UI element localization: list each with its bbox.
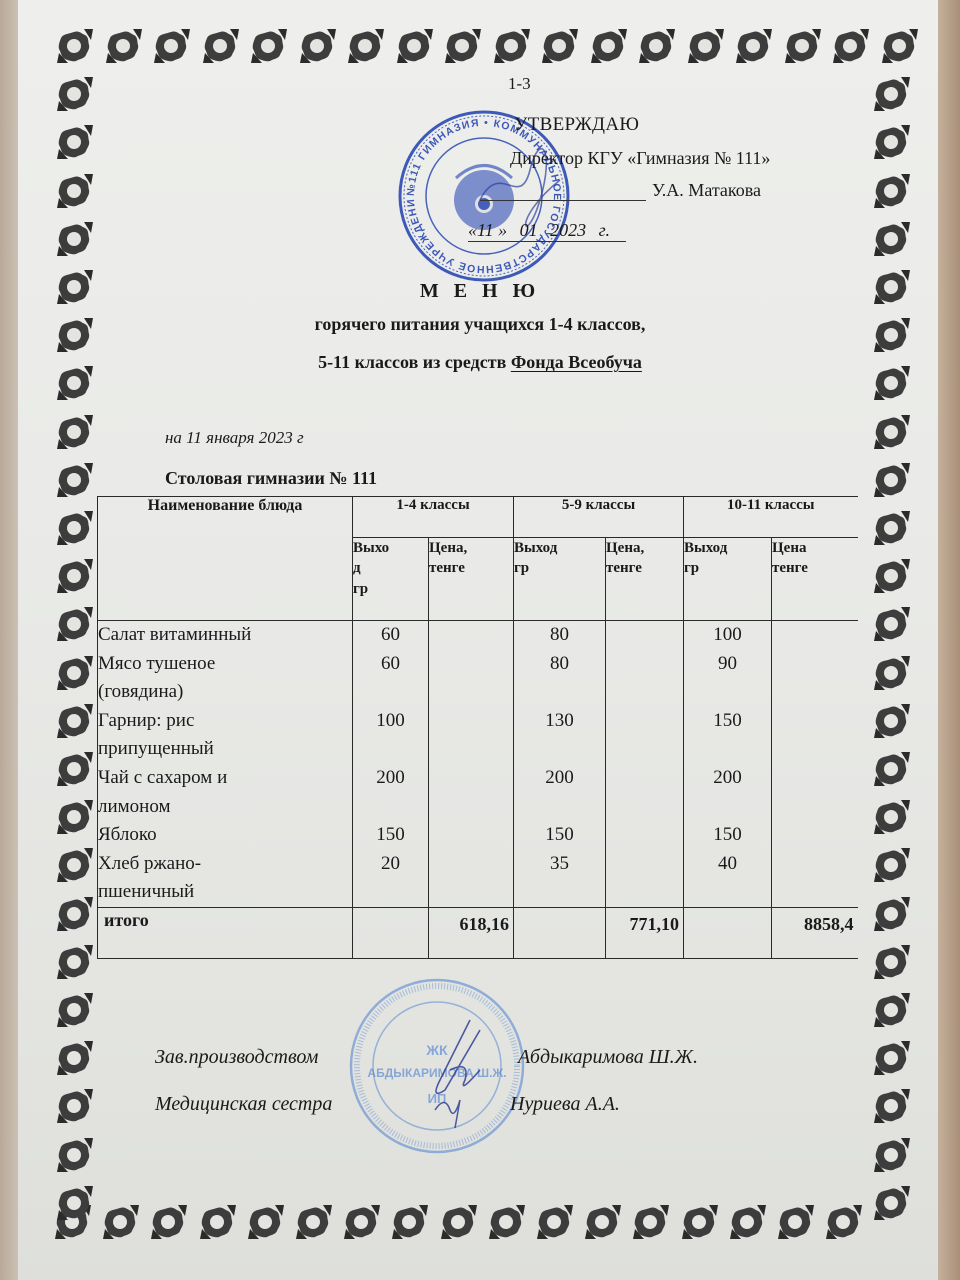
ornament-icon bbox=[248, 26, 288, 66]
ornament-icon bbox=[100, 1202, 140, 1242]
approver-name: У.А. Матакова bbox=[652, 180, 761, 200]
ornament-icon bbox=[54, 171, 94, 211]
approval-date: «11 » 01 2023 г. bbox=[468, 220, 626, 242]
yield-1-4-cell: 606010020015020 bbox=[353, 621, 429, 908]
dish-name: пшеничный bbox=[98, 878, 352, 907]
total-label: итого bbox=[98, 907, 353, 958]
yield-value: 80 bbox=[514, 621, 605, 650]
dish-name: Хлеб ржано- bbox=[98, 850, 352, 879]
ornament-icon bbox=[871, 604, 911, 644]
canteen-name: Столовая гимназии № 111 bbox=[165, 468, 377, 489]
table-row-items: Салат витаминныйМясо тушеное(говядина)Га… bbox=[98, 621, 858, 908]
ornament-icon bbox=[830, 26, 870, 66]
ornament-icon bbox=[345, 26, 385, 66]
ornament-icon bbox=[200, 26, 240, 66]
yield-value: 200 bbox=[684, 764, 771, 793]
document-title: М Е Н Ю bbox=[0, 280, 960, 303]
dish-name: Чай с сахаром и bbox=[98, 764, 352, 793]
ornament-icon bbox=[879, 26, 919, 66]
dish-names-cell: Салат витаминныйМясо тушеное(говядина)Га… bbox=[98, 621, 353, 908]
ornament-icon bbox=[871, 122, 911, 162]
menu-table: Наименование блюда 1-4 классы 5-9 классы… bbox=[97, 496, 858, 959]
ornament-icon bbox=[636, 26, 676, 66]
yield-value: 200 bbox=[353, 764, 428, 793]
signature-name-production: Абдыкаримова Ш.Ж. bbox=[518, 1046, 698, 1069]
total-yield-10-11 bbox=[684, 907, 772, 958]
ornament-icon bbox=[54, 508, 94, 548]
ornament-icon bbox=[871, 1086, 911, 1126]
ornament-icon bbox=[54, 412, 94, 452]
ornament-icon bbox=[871, 1135, 911, 1175]
dish-name: Салат витаминный bbox=[98, 621, 352, 650]
ornament-icon bbox=[54, 122, 94, 162]
ornament-icon bbox=[438, 1202, 478, 1242]
yield-value: 150 bbox=[514, 821, 605, 850]
ornament-icon bbox=[54, 460, 94, 500]
yield-value: 100 bbox=[684, 621, 771, 650]
ornament-icon bbox=[871, 942, 911, 982]
ornament-icon bbox=[871, 701, 911, 741]
document-subtitle-line1: горячего питания учащихся 1-4 классов, bbox=[0, 314, 960, 335]
yield-value: 35 bbox=[514, 850, 605, 879]
header-group-1-4: 1-4 классы bbox=[353, 497, 514, 538]
dish-name: припущенный bbox=[98, 735, 352, 764]
page-reference: 1-3 bbox=[508, 74, 531, 94]
total-yield-1-4 bbox=[353, 907, 429, 958]
ornament-icon bbox=[733, 26, 773, 66]
header-price-1-4: Цена,тенге bbox=[429, 538, 514, 621]
signature-role-nurse: Медицинская сестра bbox=[155, 1093, 332, 1116]
yield-5-9-cell: 808013020015035 bbox=[514, 621, 606, 908]
ornament-icon bbox=[539, 26, 579, 66]
approver-position: Директор КГУ «Гимназия № 111» bbox=[510, 148, 770, 169]
ornament-icon bbox=[871, 508, 911, 548]
ornament-icon bbox=[54, 749, 94, 789]
ornament-icon bbox=[54, 1086, 94, 1126]
ornament-icon bbox=[245, 1202, 285, 1242]
ornament-icon bbox=[871, 990, 911, 1030]
ornament-icon bbox=[54, 990, 94, 1030]
total-yield-5-9 bbox=[514, 907, 606, 958]
approval-label: УТВЕРЖДАЮ bbox=[514, 114, 639, 136]
ornament-icon bbox=[54, 556, 94, 596]
ornament-icon bbox=[871, 894, 911, 934]
ornament-icon bbox=[197, 1202, 237, 1242]
ornament-icon bbox=[297, 26, 337, 66]
ornament-icon bbox=[54, 74, 94, 114]
ornament-icon bbox=[54, 845, 94, 885]
total-price-1-4: 618,16 bbox=[429, 907, 514, 958]
yield-value: 20 bbox=[353, 850, 428, 879]
total-price-5-9: 771,10 bbox=[606, 907, 684, 958]
ornament-icon bbox=[871, 653, 911, 693]
header-yield-1-4: Выходгр bbox=[353, 538, 429, 621]
ornament-icon bbox=[486, 1202, 526, 1242]
ornament-icon bbox=[341, 1202, 381, 1242]
ornament-icon bbox=[54, 1135, 94, 1175]
approver-signature-line: У.А. Матакова bbox=[480, 180, 761, 201]
ornament-icon bbox=[148, 1202, 188, 1242]
ornament-icon bbox=[54, 797, 94, 837]
ornament-icon bbox=[582, 1202, 622, 1242]
ornament-icon bbox=[775, 1202, 815, 1242]
header-group-5-9: 5-9 классы bbox=[514, 497, 684, 538]
ornament-icon bbox=[630, 1202, 670, 1242]
yield-value: 80 bbox=[514, 650, 605, 679]
ornament-icon bbox=[782, 26, 822, 66]
dish-name: Яблоко bbox=[98, 821, 352, 850]
ornament-icon bbox=[588, 26, 628, 66]
ornament-icon bbox=[394, 26, 434, 66]
ornament-icon bbox=[54, 1183, 94, 1223]
fund-name: Фонда Всеобуча bbox=[511, 352, 642, 372]
ornament-icon bbox=[871, 1038, 911, 1078]
ornament-icon bbox=[871, 845, 911, 885]
ornament-icon bbox=[871, 460, 911, 500]
ornament-icon bbox=[679, 1202, 719, 1242]
table-row-total: итого 618,16 771,10 8858,4 bbox=[98, 907, 858, 958]
ornament-icon bbox=[871, 749, 911, 789]
ornament-icon bbox=[54, 219, 94, 259]
signature-name-nurse: Нуриева А.А. bbox=[510, 1093, 620, 1116]
total-price-10-11: 8858,4 bbox=[772, 907, 858, 958]
ornament-icon bbox=[871, 219, 911, 259]
price-10-11-cell bbox=[772, 621, 858, 908]
ornament-icon bbox=[54, 701, 94, 741]
yield-value: 100 bbox=[353, 707, 428, 736]
ornament-icon bbox=[54, 1038, 94, 1078]
ornament-icon bbox=[871, 556, 911, 596]
ornament-icon bbox=[685, 26, 725, 66]
ornament-icon bbox=[54, 26, 94, 66]
yield-value: 40 bbox=[684, 850, 771, 879]
price-5-9-cell bbox=[606, 621, 684, 908]
header-price-5-9: Цена,тенге bbox=[606, 538, 684, 621]
yield-value: 130 bbox=[514, 707, 605, 736]
header-yield-10-11: Выходгр bbox=[684, 538, 772, 621]
ornament-icon bbox=[871, 74, 911, 114]
dish-name: Гарнир: рис bbox=[98, 707, 352, 736]
header-group-10-11: 10-11 классы bbox=[684, 497, 858, 538]
ornament-icon bbox=[491, 26, 531, 66]
ornament-icon bbox=[103, 26, 143, 66]
header-dish-name: Наименование блюда bbox=[98, 497, 353, 621]
ornament-icon bbox=[871, 171, 911, 211]
yield-value: 60 bbox=[353, 621, 428, 650]
dish-name: лимоном bbox=[98, 793, 352, 822]
yield-value: 60 bbox=[353, 650, 428, 679]
document-subtitle-line2: 5-11 классов из средств Фонда Всеобуча bbox=[0, 352, 960, 373]
ornament-icon bbox=[151, 26, 191, 66]
yield-10-11-cell: 1009015020015040 bbox=[684, 621, 772, 908]
ornament-icon bbox=[871, 797, 911, 837]
ornament-icon bbox=[54, 894, 94, 934]
yield-value: 150 bbox=[684, 707, 771, 736]
menu-date: на 11 января 2023 г bbox=[165, 428, 304, 448]
ornament-icon bbox=[871, 412, 911, 452]
signature-role-production: Зав.производством bbox=[155, 1046, 318, 1069]
header-yield-5-9: Выходгр bbox=[514, 538, 606, 621]
ornament-icon bbox=[871, 1183, 911, 1223]
ornament-icon bbox=[823, 1202, 863, 1242]
price-1-4-cell bbox=[429, 621, 514, 908]
header-price-10-11: Ценатенге bbox=[772, 538, 858, 621]
yield-value: 90 bbox=[684, 650, 771, 679]
dish-name: (говядина) bbox=[98, 678, 352, 707]
ornament-icon bbox=[54, 942, 94, 982]
yield-value: 150 bbox=[353, 821, 428, 850]
ornament-icon bbox=[534, 1202, 574, 1242]
ornament-icon bbox=[54, 604, 94, 644]
ornament-icon bbox=[293, 1202, 333, 1242]
ornament-icon bbox=[727, 1202, 767, 1242]
dish-name: Мясо тушеное bbox=[98, 650, 352, 679]
ornament-icon bbox=[442, 26, 482, 66]
yield-value: 150 bbox=[684, 821, 771, 850]
ornament-icon bbox=[54, 653, 94, 693]
yield-value: 200 bbox=[514, 764, 605, 793]
ornament-icon bbox=[389, 1202, 429, 1242]
